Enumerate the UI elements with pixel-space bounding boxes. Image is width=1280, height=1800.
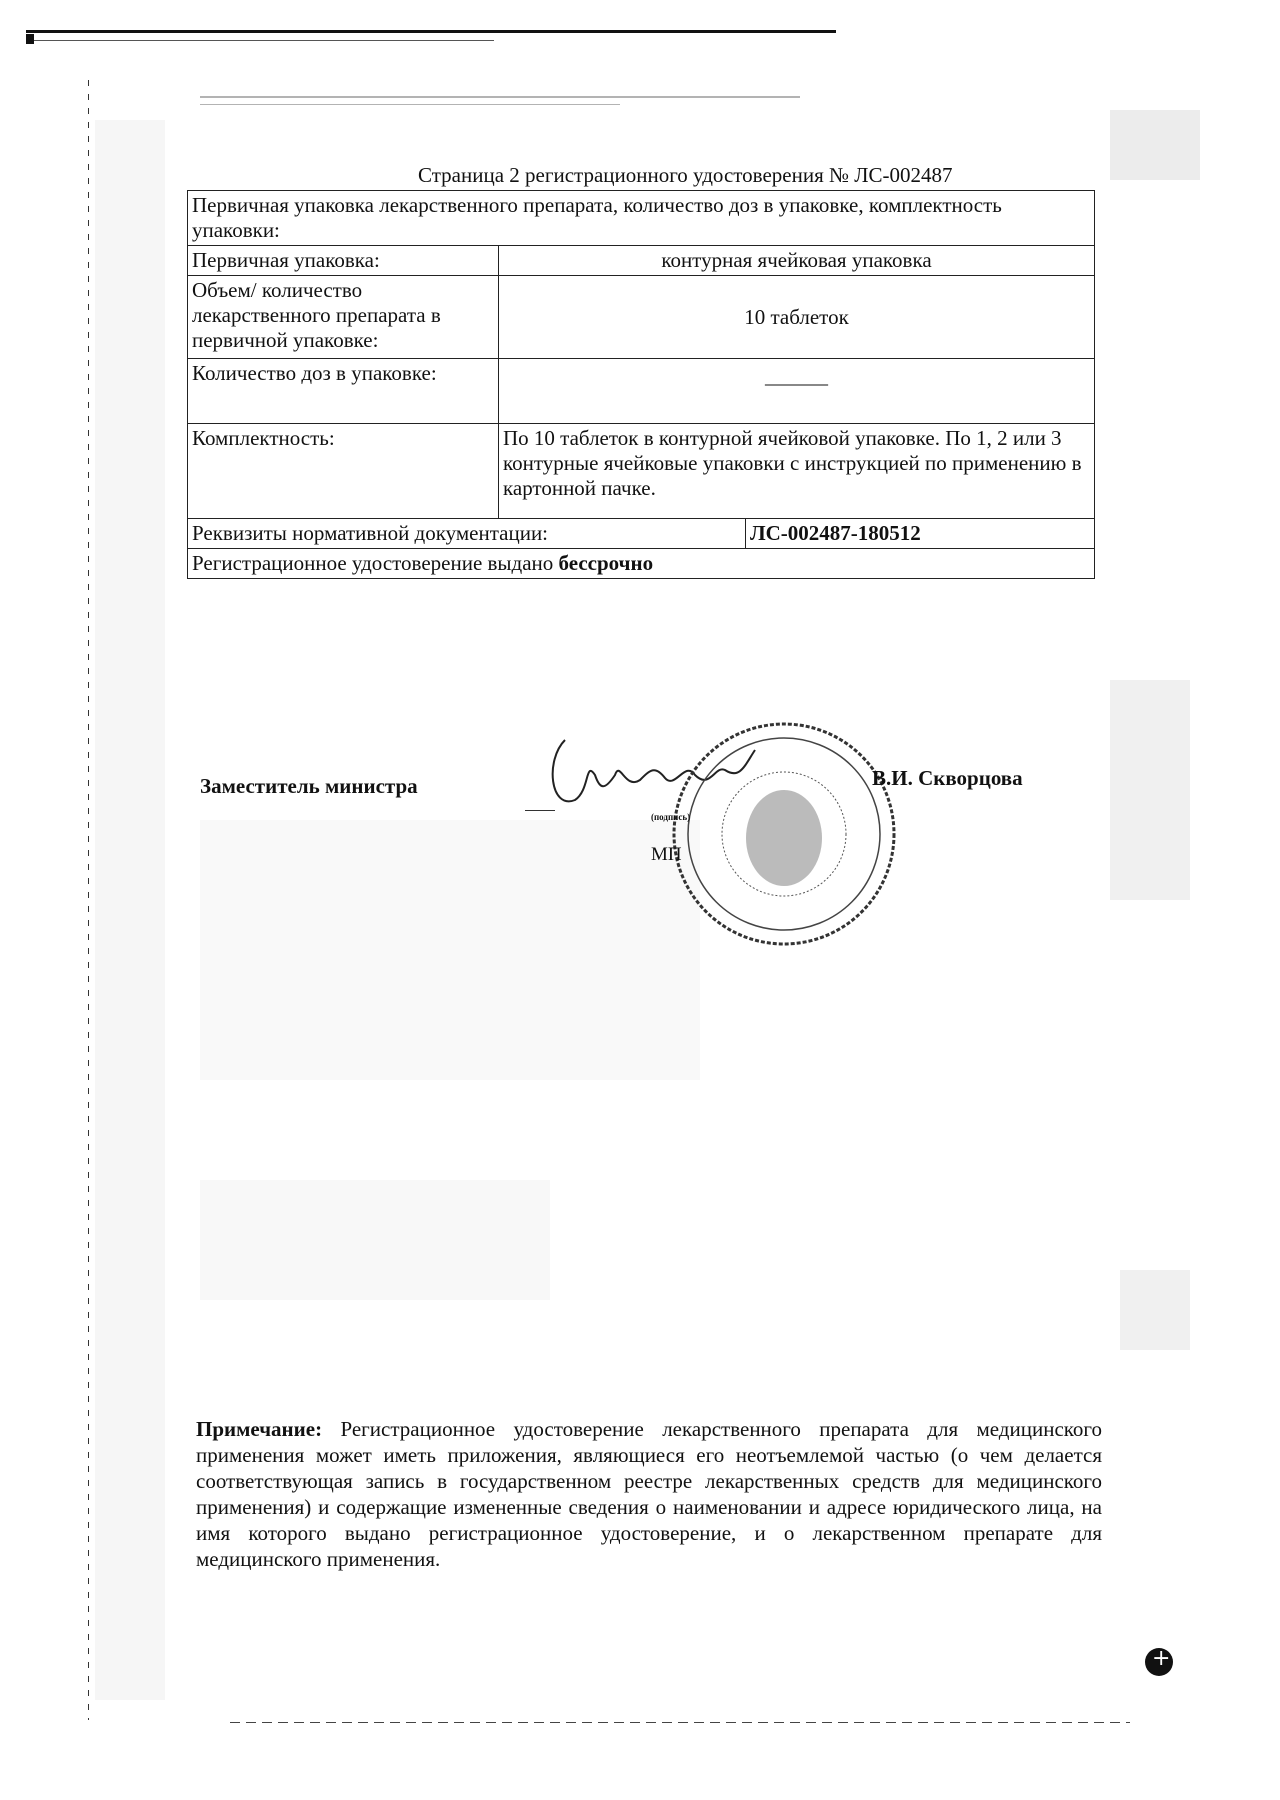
requisites-value: ЛС-002487-180512 — [745, 519, 1094, 549]
row-value: контурная ячейковая упаковка — [499, 246, 1095, 276]
official-seal-icon — [668, 718, 900, 950]
signatory-name: В.И. Скворцова — [872, 766, 1023, 791]
row-value: По 10 таблеток в контурной ячейковой упа… — [499, 424, 1095, 519]
issued-term: бессрочно — [559, 551, 654, 575]
issued-text: Регистрационное удостоверение выдано — [192, 551, 553, 575]
requisites-row: Реквизиты нормативной документации: ЛС-0… — [188, 519, 1095, 549]
row-value: ——— — [499, 359, 1095, 424]
scan-bottom-border — [230, 1722, 1130, 1723]
table-row: Первичная упаковка: контурная ячейковая … — [188, 246, 1095, 276]
row-value: 10 таблеток — [499, 276, 1095, 359]
signature-caption: (подпись) — [651, 812, 690, 822]
table-row: Количество доз в упаковке: ——— — [188, 359, 1095, 424]
table-row: Объем/ количество лекарственного препара… — [188, 276, 1095, 359]
row-label: Комплектность: — [188, 424, 499, 519]
registration-table: Первичная упаковка лекарственного препар… — [187, 190, 1095, 579]
seal-label: МП — [651, 844, 682, 866]
note-paragraph: Примечание: Регистрационное удостоверени… — [196, 1416, 1102, 1572]
scan-left-edge — [88, 80, 89, 1720]
scan-top-border — [26, 30, 836, 33]
table-row: Комплектность: По 10 таблеток в контурно… — [188, 424, 1095, 519]
issued-cell: Регистрационное удостоверение выдано бес… — [188, 549, 1095, 579]
requisites-label: Реквизиты нормативной документации: — [188, 519, 746, 549]
note-text: Регистрационное удостоверение лекарствен… — [196, 1417, 1102, 1571]
table-section-title-row: Первичная упаковка лекарственного препар… — [188, 191, 1095, 246]
signatory-position: Заместитель министра — [200, 774, 418, 799]
scan-top-border-mark — [26, 34, 34, 44]
section-title: Первичная упаковка лекарственного препар… — [188, 191, 1095, 246]
row-label: Первичная упаковка: — [188, 246, 499, 276]
page-header: Страница 2 регистрационного удостоверени… — [418, 163, 953, 188]
row-label: Объем/ количество лекарственного препара… — [188, 276, 499, 359]
cross-logo-icon — [1145, 1648, 1173, 1676]
issued-row: Регистрационное удостоверение выдано бес… — [188, 549, 1095, 579]
row-label: Количество доз в упаковке: — [188, 359, 499, 424]
note-label: Примечание: — [196, 1417, 322, 1441]
scan-top-border-line — [34, 40, 494, 41]
